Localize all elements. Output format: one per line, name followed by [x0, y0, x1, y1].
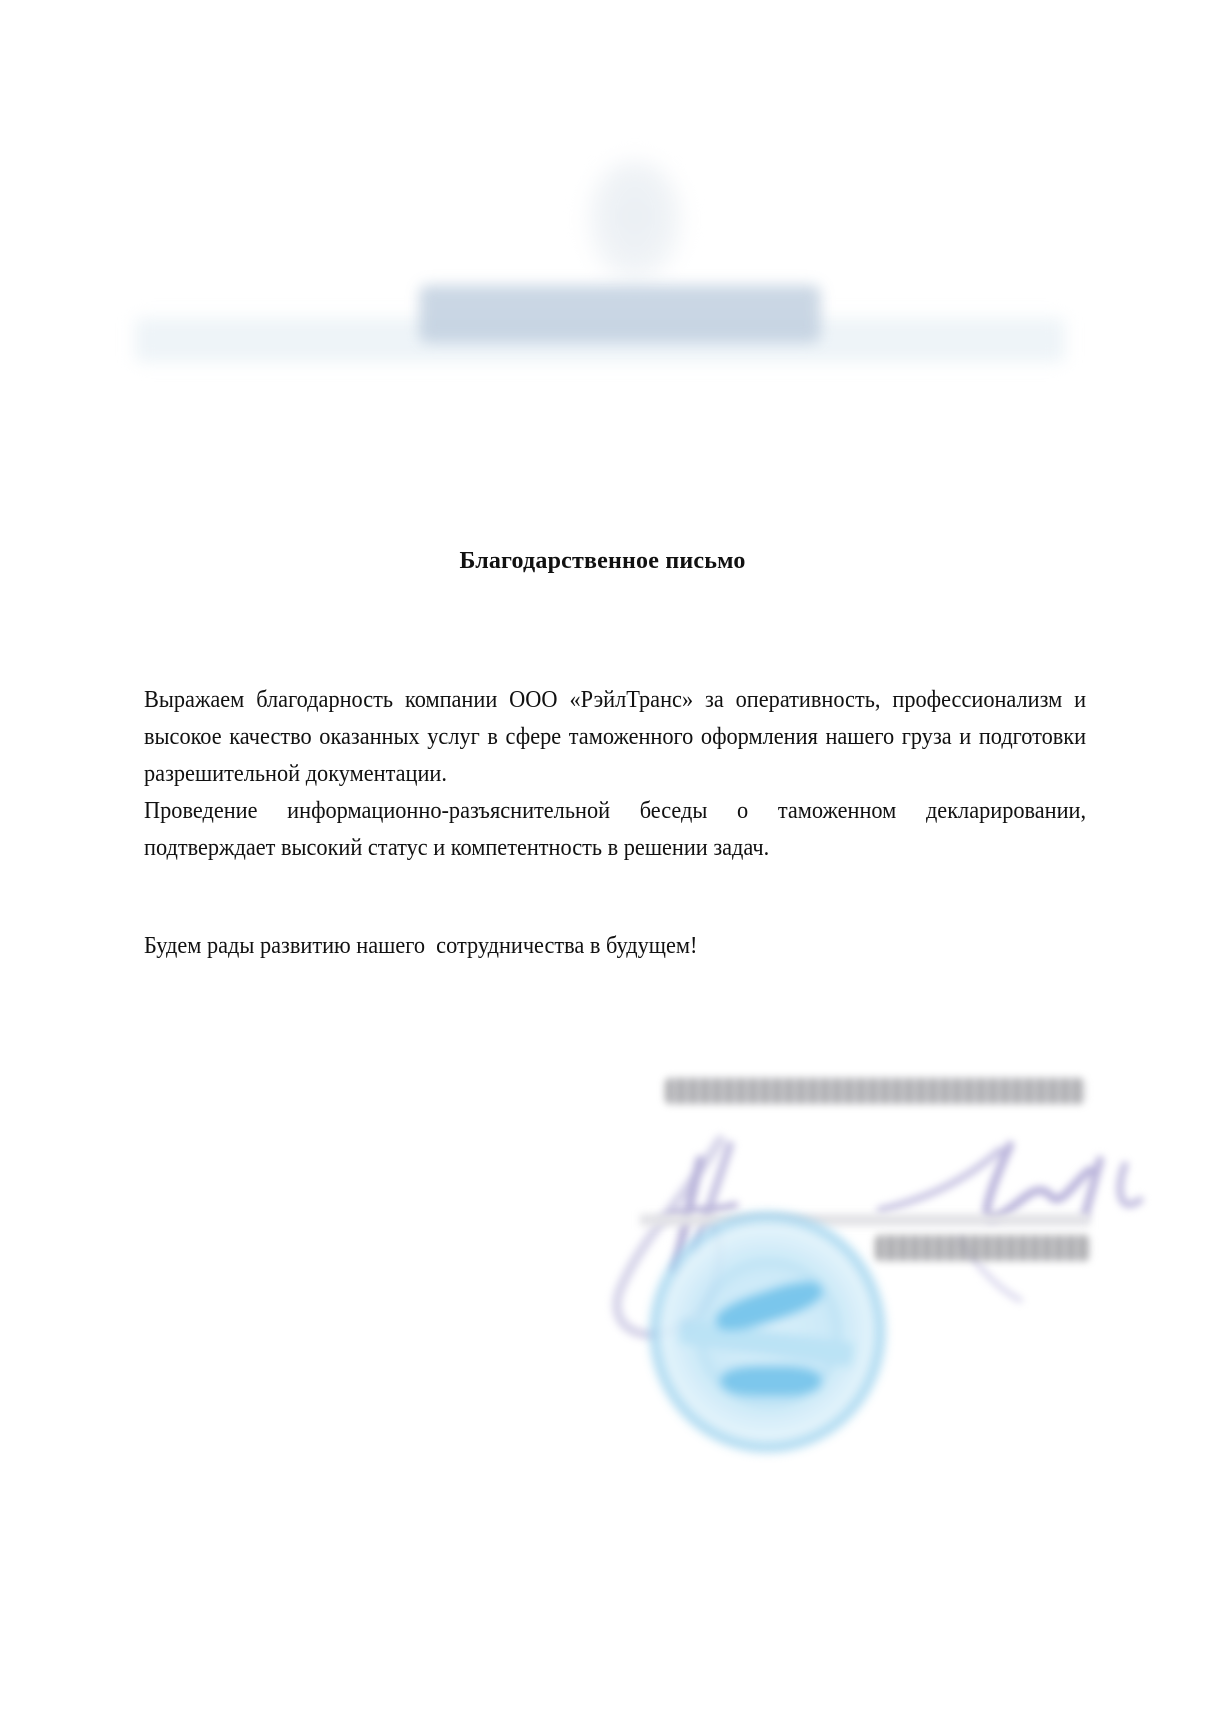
letterhead	[0, 0, 1205, 380]
stamp-text-redacted	[721, 1366, 821, 1396]
closing-line: Будем рады развитию нашего сотрудничеств…	[144, 928, 697, 965]
company-stamp	[650, 1212, 885, 1452]
letter-body: Выражаем благодарность компании ООО «Рэй…	[144, 682, 1086, 867]
company-name-redacted	[420, 285, 820, 343]
company-emblem-icon	[585, 160, 685, 285]
body-paragraph-2: Проведение информационно-разъяснительной…	[144, 793, 1086, 867]
signatory-position-redacted	[665, 1078, 1085, 1104]
letter-title: Благодарственное письмо	[0, 548, 1205, 575]
signature-line	[640, 1214, 1090, 1226]
body-paragraph-1: Выражаем благодарность компании ООО «Рэй…	[144, 682, 1086, 793]
signatory-name-redacted	[875, 1235, 1090, 1261]
